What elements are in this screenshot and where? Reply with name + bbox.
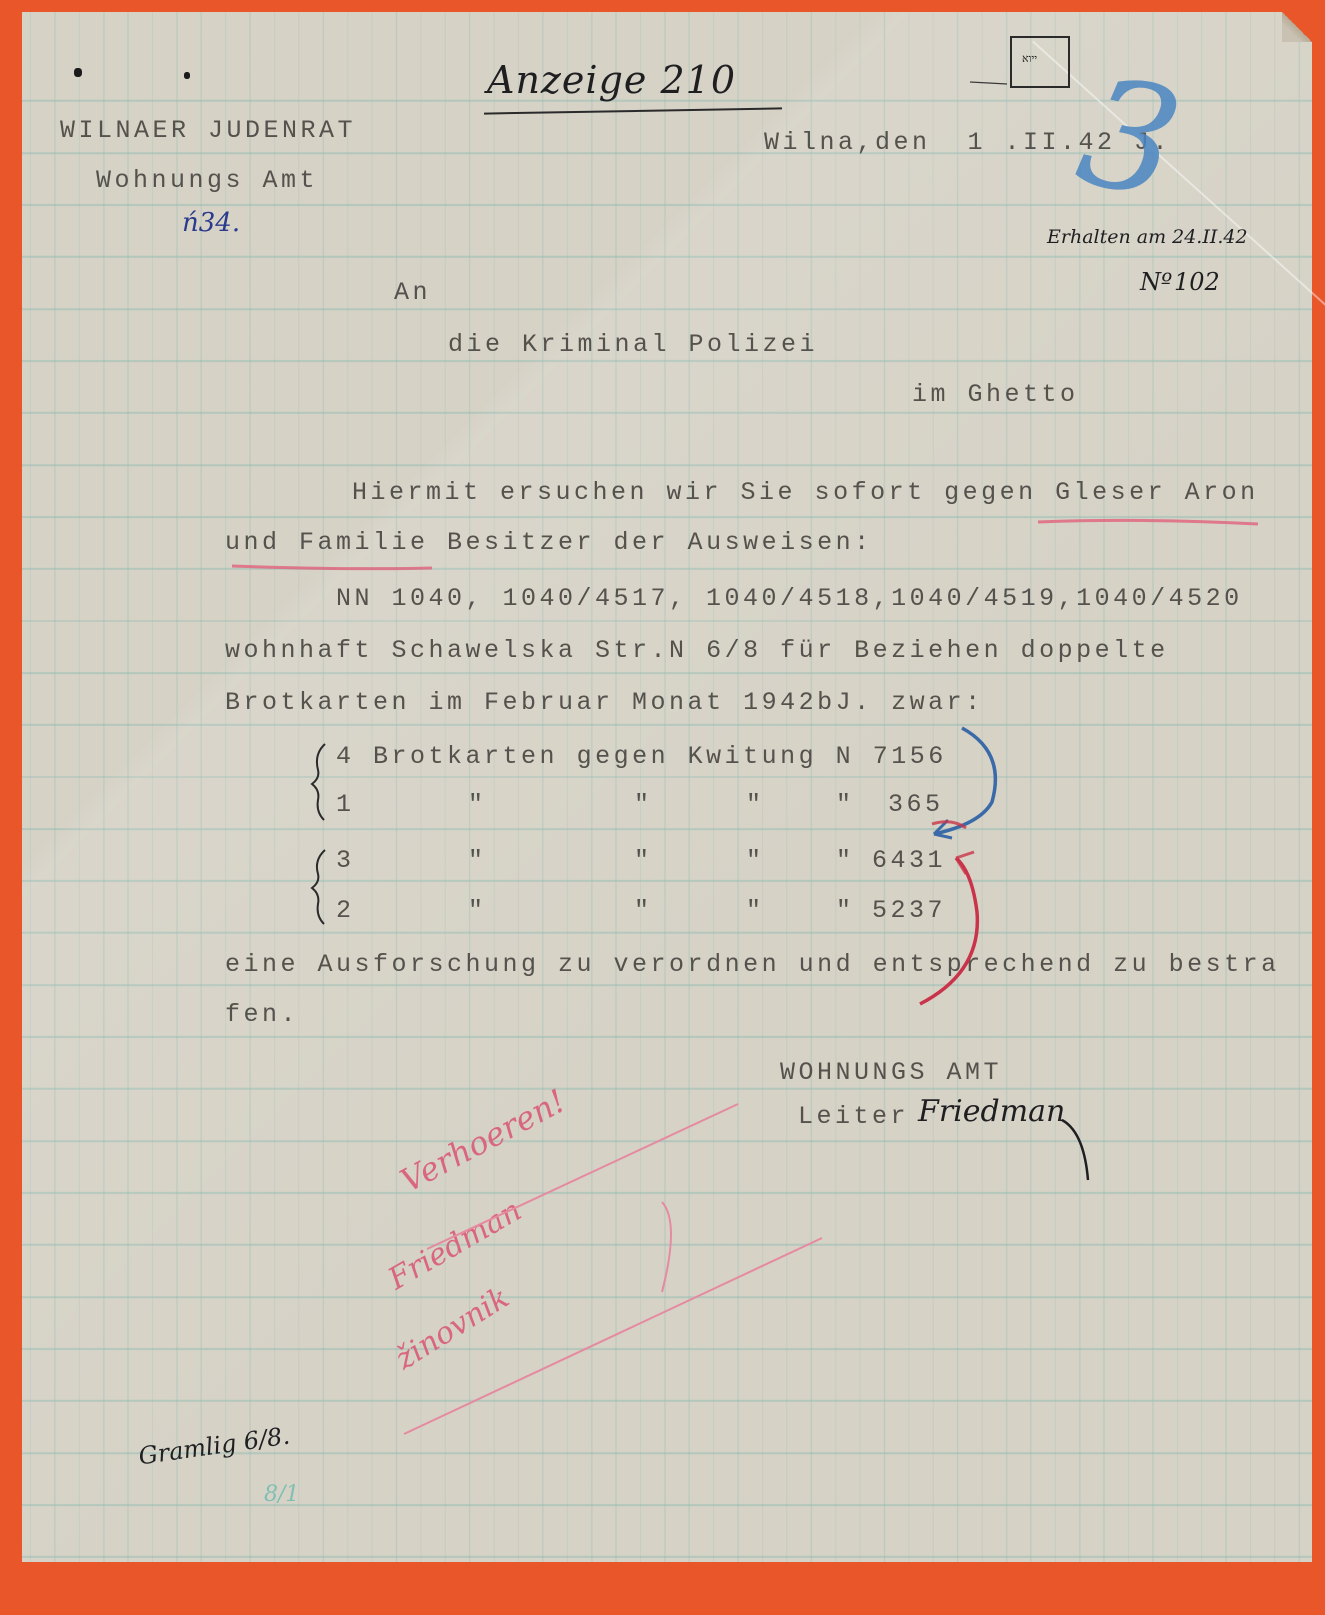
table-row: 1: [336, 790, 355, 819]
handwritten-title: Anzeige 210: [487, 58, 736, 102]
recipient-location: im Ghetto: [912, 380, 1079, 409]
handwritten-signature: Friedman: [918, 1094, 1065, 1129]
red-annotation-line-1: Verhoeren!: [394, 1082, 572, 1200]
ditto-mark: ": [468, 896, 487, 925]
ditto-mark: ": [746, 846, 765, 875]
ditto-mark: ": [746, 790, 765, 819]
brace-group-1: [312, 744, 325, 820]
signature-title: Leiter: [798, 1102, 909, 1131]
red-underline-family: [232, 566, 432, 569]
body-line-3-id-numbers: NN 1040, 1040/4517, 1040/4518,1040/4519,…: [336, 584, 1243, 613]
ditto-mark: ": [836, 790, 855, 819]
blue-numeral-3: 3: [1065, 44, 1195, 234]
ditto-mark: ": [634, 896, 653, 925]
folded-corner: [1282, 12, 1312, 42]
body-line-1: Hiermit ersuchen wir Sie sofort gegen Gl…: [352, 478, 1259, 507]
red-annotation-line-3: žinovnik: [389, 1280, 515, 1377]
reference-number: ń34.: [182, 208, 240, 238]
recipient: die Kriminal Polizei: [448, 330, 818, 359]
body-line-2: und Familie Besitzer der Ausweisen:: [225, 528, 873, 557]
bottom-handwritten-note: Gramlig 6/8.: [137, 1422, 292, 1471]
green-pencil-mark: 8/1: [264, 1482, 299, 1507]
receipt-number: 6431: [872, 846, 946, 875]
receipt-number: 5237: [872, 896, 946, 925]
closing-line-1: eine Ausforschung zu verordnen und entsp…: [225, 950, 1280, 979]
body-line-4: wohnhaft Schawelska Str.N 6/8 für Bezieh…: [225, 636, 1169, 665]
ditto-mark: ": [836, 896, 855, 925]
table-row: 4 Brotkarten gegen Kwitung N 7156: [336, 742, 947, 771]
title-underline: [484, 107, 782, 114]
punch-hole-right: [184, 72, 190, 79]
salutation: An: [394, 278, 431, 307]
closing-line-2: fen.: [225, 1000, 299, 1029]
punch-hole-left: [74, 68, 82, 77]
receipt-number: 365: [888, 790, 944, 819]
body-line-5: Brotkarten im Februar Monat 1942bJ. zwar…: [225, 688, 984, 717]
archive-stamp: ייוא: [1010, 36, 1070, 88]
ditto-mark: ": [746, 896, 765, 925]
stamp-text: ייוא: [1022, 52, 1037, 65]
red-underline-name: [1038, 520, 1258, 524]
org-name: WILNAER JUDENRAT: [60, 116, 356, 145]
ditto-mark: ": [634, 846, 653, 875]
document-page: Anzeige 210 ייוא WILNAER JUDENRAT Wohnun…: [22, 12, 1312, 1562]
table-row: 2: [336, 896, 355, 925]
red-annotation-line-2: Friedman: [383, 1193, 528, 1297]
table-row: 3: [336, 846, 355, 875]
ditto-mark: ": [468, 790, 487, 819]
department-name: Wohnungs Amt: [96, 166, 318, 195]
received-number-label: Nº: [1140, 268, 1172, 296]
red-arrow: [920, 858, 977, 1004]
received-number: 102: [1174, 268, 1220, 296]
ditto-mark: ": [634, 790, 653, 819]
ditto-mark: ": [836, 846, 855, 875]
brace-group-2: [312, 850, 325, 924]
ditto-mark: ": [468, 846, 487, 875]
signature-office: WOHNUNGS AMT: [780, 1058, 1002, 1087]
